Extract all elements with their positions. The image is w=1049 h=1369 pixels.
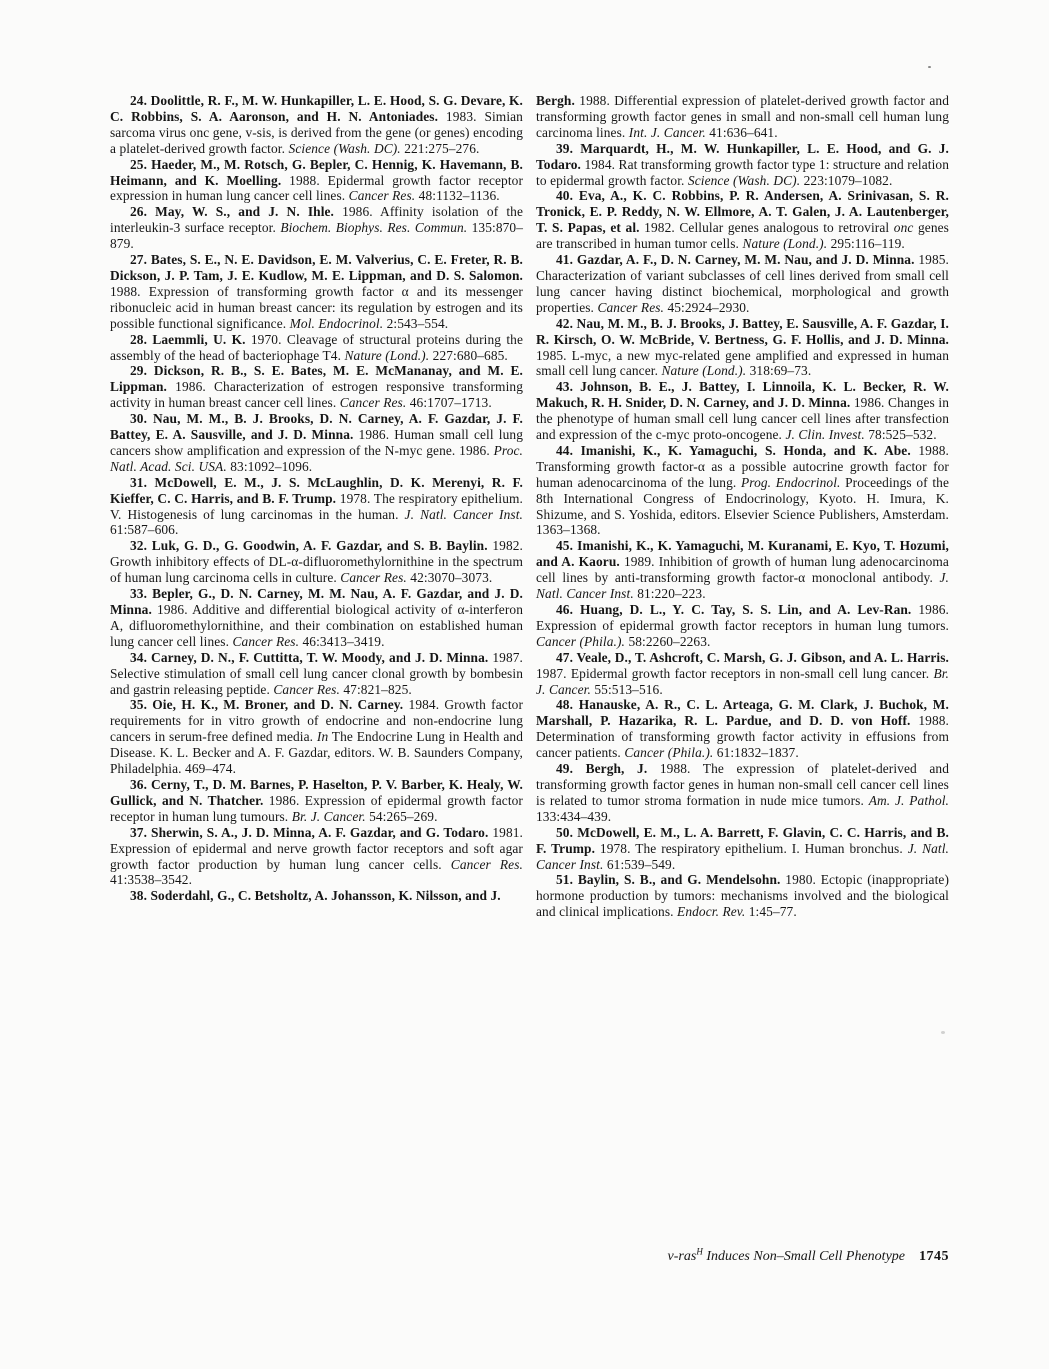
reference-segment: 42:3070–3073. <box>407 570 492 585</box>
references-column-right: Bergh. 1988. Differential expression of … <box>536 93 949 920</box>
reference-segment: Cancer Res. <box>349 188 416 203</box>
reference-item: 48. Hanauske, A. R., C. L. Arteaga, G. M… <box>536 697 949 761</box>
reference-segment: Cancer Res. <box>340 395 407 410</box>
reference-item: 49. Bergh, J. 1988. The expression of pl… <box>536 761 949 825</box>
reference-segment: 49. Bergh, J. <box>556 761 647 776</box>
reference-segment: 51. Baylin, S. B., and G. Mendelsohn. <box>556 872 780 887</box>
reference-segment: 1982. Cellular genes analogous to retrov… <box>640 220 894 235</box>
reference-segment: onc <box>894 220 914 235</box>
journal-page: 24. Doolittle, R. F., M. W. Hunkapiller,… <box>0 0 1049 1369</box>
reference-item: 28. Laemmli, U. K. 1970. Cleavage of str… <box>110 332 523 364</box>
reference-segment: Cancer Res. <box>340 570 407 585</box>
reference-segment: 34. Carney, D. N., F. Cuttitta, T. W. Mo… <box>130 650 488 665</box>
reference-item: 29. Dickson, R. B., S. E. Bates, M. E. M… <box>110 363 523 411</box>
reference-segment: 61:539–549. <box>603 857 675 872</box>
reference-segment: 133:434–439. <box>536 809 611 824</box>
reference-segment: 295:116–119. <box>827 236 905 251</box>
reference-segment: Endocr. Rev. <box>677 904 745 919</box>
reference-item: 44. Imanishi, K., K. Yamaguchi, S. Honda… <box>536 443 949 538</box>
reference-segment: 41:636–641. <box>706 125 778 140</box>
reference-segment: 37. Sherwin, S. A., J. D. Minna, A. F. G… <box>130 825 488 840</box>
reference-segment: J. Natl. Cancer Inst. <box>405 507 523 522</box>
running-title-text: Induces Non–Small Cell Phenotype <box>703 1249 905 1264</box>
reference-segment: Mol. Endocrinol. <box>290 316 383 331</box>
reference-segment: In <box>317 729 328 744</box>
reference-item: 26. May, W. S., and J. N. Ihle. 1986. Af… <box>110 204 523 252</box>
reference-item: 39. Marquardt, H., M. W. Hunkapiller, L.… <box>536 141 949 189</box>
reference-segment: 26. May, W. S., and J. N. Ihle. <box>130 204 334 219</box>
reference-item: 30. Nau, M. M., B. J. Brooks, D. N. Carn… <box>110 411 523 475</box>
reference-segment: Cancer (Phila.). <box>536 634 625 649</box>
reference-segment: 2:543–554. <box>383 316 448 331</box>
reference-segment: 41. Gazdar, A. F., D. N. Carney, M. M. N… <box>556 252 915 267</box>
reference-item: 37. Sherwin, S. A., J. D. Minna, A. F. G… <box>110 825 523 889</box>
reference-segment: 83:1092–1096. <box>227 459 312 474</box>
reference-item: 47. Veale, D., T. Ashcroft, C. Marsh, G.… <box>536 650 949 698</box>
reference-segment: Cancer Res. <box>273 682 340 697</box>
reference-segment: 41:3538–3542. <box>110 872 192 887</box>
reference-segment: 227:680–685. <box>429 348 508 363</box>
page-number: 1745 <box>919 1249 949 1264</box>
reference-segment: 58:2260–2263. <box>625 634 710 649</box>
reference-segment: Cancer (Phila.). <box>624 745 713 760</box>
reference-segment: 46:3413–3419. <box>299 634 384 649</box>
reference-segment: 1987. Epidermal growth factor receptors … <box>536 666 933 681</box>
reference-segment: 318:69–73. <box>746 363 811 378</box>
reference-segment: 28. Laemmli, U. K. <box>130 332 246 347</box>
references-column-left: 24. Doolittle, R. F., M. W. Hunkapiller,… <box>110 93 523 904</box>
reference-segment: 45:2924–2930. <box>664 300 749 315</box>
reference-item: 46. Huang, D. L., Y. C. Tay, S. S. Lin, … <box>536 602 949 650</box>
reference-segment: 48. Hanauske, A. R., C. L. Arteaga, G. M… <box>536 697 949 728</box>
reference-segment: 27. Bates, S. E., N. E. Davidson, E. M. … <box>110 252 523 283</box>
reference-segment: Int. J. Cancer. <box>629 125 706 140</box>
reference-segment: 47:821–825. <box>340 682 412 697</box>
scan-artifact-dot <box>941 1031 945 1034</box>
reference-item: 51. Baylin, S. B., and G. Mendelsohn. 19… <box>536 872 949 920</box>
reference-segment: Biochem. Biophys. Res. Commun. <box>280 220 467 235</box>
reference-item: 35. Oie, H. K., M. Broner, and D. N. Car… <box>110 697 523 777</box>
reference-item: 25. Haeder, M., M. Rotsch, G. Bepler, C.… <box>110 157 523 205</box>
reference-segment: 221:275–276. <box>401 141 480 156</box>
reference-segment: Prog. Endocrinol. <box>741 475 840 490</box>
reference-segment: Cancer Res. <box>233 634 300 649</box>
reference-segment: 81:220–223. <box>634 586 706 601</box>
reference-segment: Cancer Res. <box>451 857 523 872</box>
reference-item: 45. Imanishi, K., K. Yamaguchi, M. Kuran… <box>536 538 949 602</box>
reference-segment: 223:1079–1082. <box>800 173 892 188</box>
reference-segment: Nature (Lond.). <box>345 348 430 363</box>
reference-item: 27. Bates, S. E., N. E. Davidson, E. M. … <box>110 252 523 332</box>
reference-segment: 61:1832–1837. <box>713 745 798 760</box>
reference-segment: 48:1132–1136. <box>415 188 499 203</box>
reference-item: 38. Soderdahl, G., C. Betsholtz, A. Joha… <box>110 888 523 904</box>
reference-item: 24. Doolittle, R. F., M. W. Hunkapiller,… <box>110 93 523 157</box>
reference-segment: Science (Wash. DC). <box>688 173 800 188</box>
reference-segment: 44. Imanishi, K., K. Yamaguchi, S. Honda… <box>556 443 911 458</box>
reference-item: 42. Nau, M. M., B. J. Brooks, J. Battey,… <box>536 316 949 380</box>
reference-segment: 35. Oie, H. K., M. Broner, and D. N. Car… <box>130 697 403 712</box>
reference-item: 36. Cerny, T., D. M. Barnes, P. Haselton… <box>110 777 523 825</box>
reference-segment: J. Clin. Invest. <box>785 427 864 442</box>
reference-segment: Br. J. Cancer. <box>292 809 366 824</box>
reference-segment: 38. Soderdahl, G., C. Betsholtz, A. Joha… <box>130 888 501 903</box>
reference-item: 40. Eva, A., K. C. Robbins, P. R. Anders… <box>536 188 949 252</box>
reference-segment: 1978. The respiratory epithelium. I. Hum… <box>595 841 908 856</box>
reference-segment: 55:513–516. <box>591 682 663 697</box>
reference-item: 41. Gazdar, A. F., D. N. Carney, M. M. N… <box>536 252 949 316</box>
reference-segment: 32. Luk, G. D., G. Goodwin, A. F. Gazdar… <box>130 538 488 553</box>
reference-item: Bergh. 1988. Differential expression of … <box>536 93 949 141</box>
reference-segment: 54:265–269. <box>366 809 438 824</box>
running-title-gene: v-ras <box>668 1249 697 1264</box>
page-footer: v-rasH Induces Non–Small Cell Phenotype1… <box>536 1249 949 1265</box>
reference-item: 33. Bepler, G., D. N. Carney, M. M. Nau,… <box>110 586 523 650</box>
reference-item: 31. McDowell, E. M., J. S. McLaughlin, D… <box>110 475 523 539</box>
reference-item: 50. McDowell, E. M., L. A. Barrett, F. G… <box>536 825 949 873</box>
reference-segment: Nature (Lond.). <box>742 236 827 251</box>
reference-segment: 78:525–532. <box>865 427 937 442</box>
scan-artifact-dot <box>928 66 931 68</box>
reference-segment: Science (Wash. DC). <box>289 141 401 156</box>
reference-item: 43. Johnson, B. E., J. Battey, I. Linnoi… <box>536 379 949 443</box>
reference-segment: 1:45–77. <box>745 904 797 919</box>
reference-item: 34. Carney, D. N., F. Cuttitta, T. W. Mo… <box>110 650 523 698</box>
reference-segment: 42. Nau, M. M., B. J. Brooks, J. Battey,… <box>536 316 949 347</box>
reference-segment: Am. J. Pathol. <box>869 793 949 808</box>
reference-segment: Nature (Lond.). <box>661 363 746 378</box>
reference-item: 32. Luk, G. D., G. Goodwin, A. F. Gazdar… <box>110 538 523 586</box>
reference-segment: 46. Huang, D. L., Y. C. Tay, S. S. Lin, … <box>556 602 911 617</box>
reference-segment: 61:587–606. <box>110 522 178 537</box>
running-title: v-rasH Induces Non–Small Cell Phenotype <box>668 1249 905 1264</box>
reference-segment: Cancer Res. <box>597 300 664 315</box>
reference-segment: Bergh. <box>536 93 575 108</box>
reference-segment: 46:1707–1713. <box>406 395 491 410</box>
reference-segment: 47. Veale, D., T. Ashcroft, C. Marsh, G.… <box>556 650 949 665</box>
